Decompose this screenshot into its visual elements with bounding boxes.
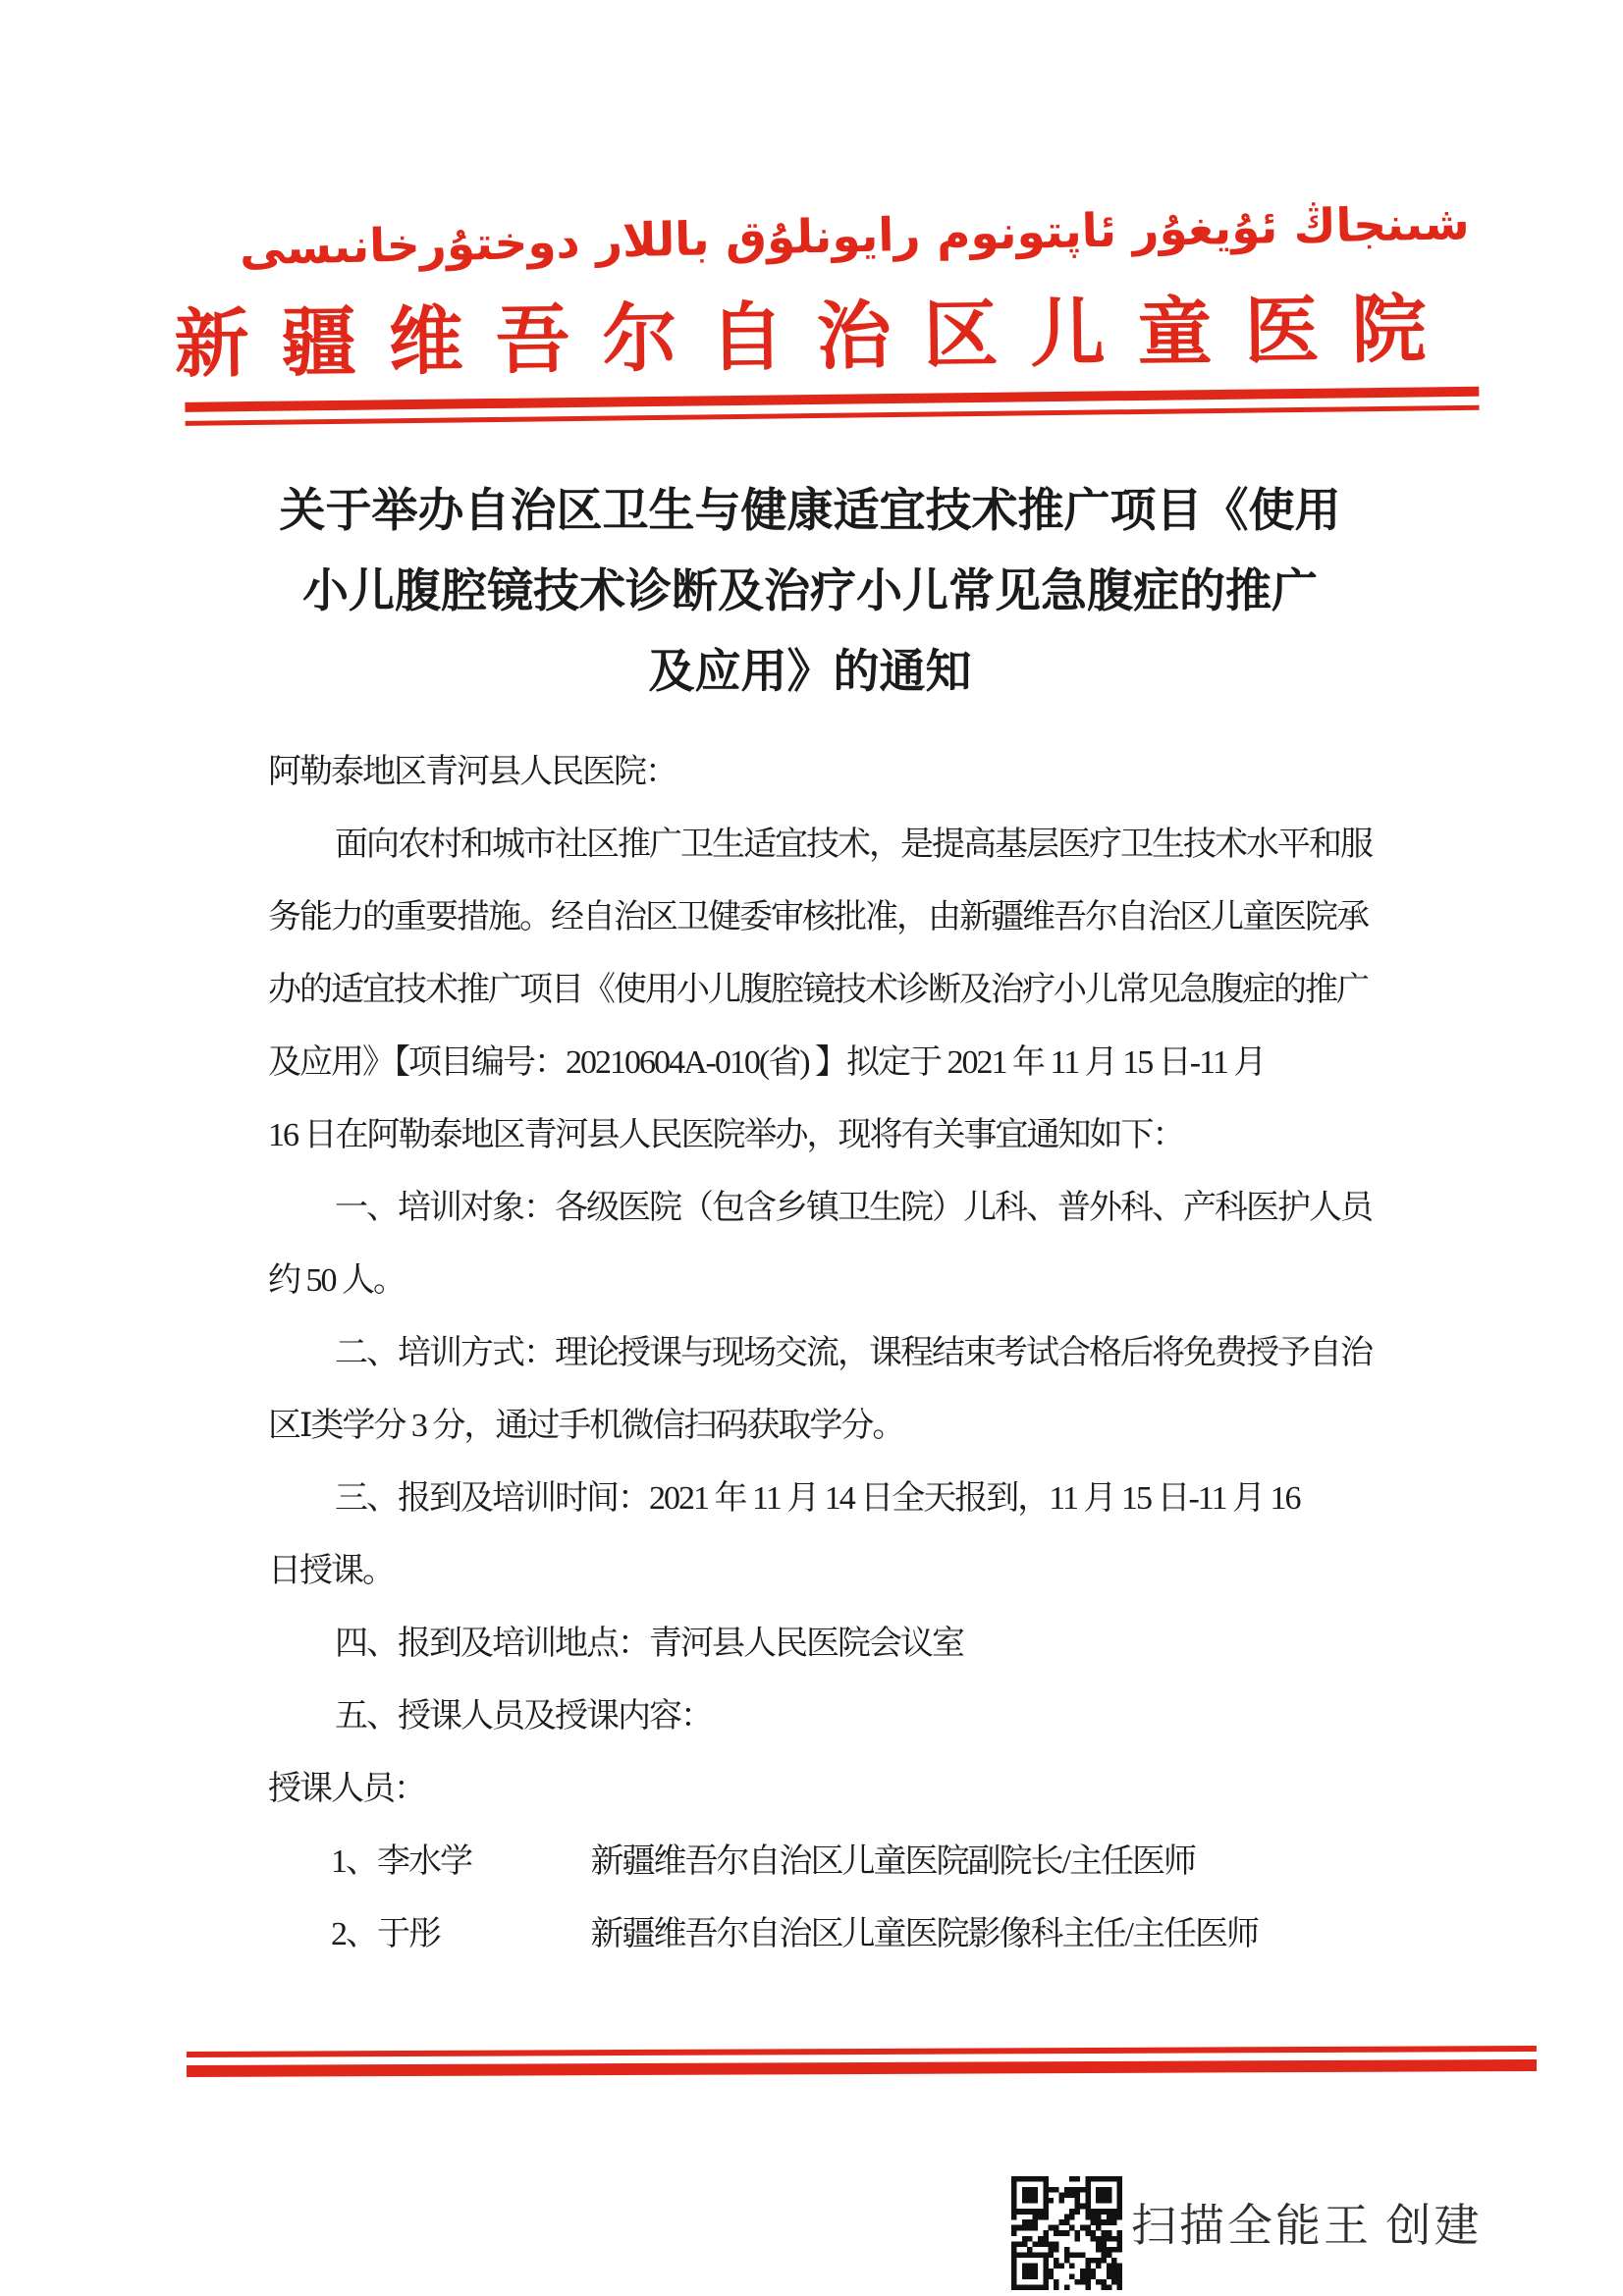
notice-body-lines: 阿勒泰地区青河县人民医院：面向农村和城市社区推广卫生适宜技术，是提高基层医疗卫生… xyxy=(268,736,1436,1826)
lecturer-row: 2、于彤 新疆维吾尔自治区儿童医院影像科主任/主任医师 xyxy=(268,1898,1436,1971)
body-line: 约 50 人。 xyxy=(268,1245,1436,1317)
body-line: 16 日在阿勒泰地区青河县人民医院举办，现将有关事宜通知如下： xyxy=(268,1099,1436,1172)
body-line: 三、报到及培训时间：2021 年 11 月 14 日全天报到，11 月 15 日… xyxy=(268,1463,1436,1535)
qr-code-icon xyxy=(1011,2176,1122,2290)
hospital-name-chinese: 新疆维吾尔自治区儿童医院 xyxy=(148,285,1485,392)
notice-body: 阿勒泰地区青河县人民医院：面向农村和城市社区推广卫生适宜技术，是提高基层医疗卫生… xyxy=(268,736,1436,1971)
lecturer-row: 1、李水学 新疆维吾尔自治区儿童医院副院长/主任医师 xyxy=(268,1826,1436,1898)
lecturer-title: 新疆维吾尔自治区儿童医院影像科主任/主任医师 xyxy=(591,1898,1258,1971)
body-line: 授课人员： xyxy=(268,1753,1436,1826)
lecturer-name: 1、李水学 xyxy=(331,1826,584,1898)
body-line: 面向农村和城市社区推广卫生适宜技术，是提高基层医疗卫生技术水平和服 xyxy=(268,809,1436,881)
body-line: 办的适宜技术推广项目《使用小儿腹腔镜技术诊断及治疗小儿常见急腹症的推广 xyxy=(268,954,1436,1027)
lecturer-list: 1、李水学 新疆维吾尔自治区儿童医院副院长/主任医师 2、于彤 新疆维吾尔自治区… xyxy=(268,1826,1436,1971)
hospital-name-uyghur: شىنجاڭ ئۇيغۇر ئاپتونوم رايونلۇق باللار د… xyxy=(146,175,1484,300)
body-line: 一、培训对象：各级医院（包含乡镇卫生院）儿科、普外科、产科医护人员 xyxy=(268,1172,1436,1245)
footer-rule-thin xyxy=(187,2046,1537,2057)
footer-rule-thick xyxy=(187,2059,1537,2077)
body-line: 及应用》【项目编号：20210604A-010(省) 】拟定于 2021 年 1… xyxy=(268,1027,1436,1099)
body-line: 日授课。 xyxy=(268,1535,1436,1608)
body-line: 务能力的重要措施。经自治区卫健委审核批准，由新疆维吾尔自治区儿童医院承 xyxy=(268,881,1436,954)
footer-rules xyxy=(187,2046,1537,2077)
notice-title-line: 及应用》的通知 xyxy=(157,632,1463,713)
camscanner-watermark: 扫描全能王 创建 xyxy=(1131,2199,1483,2254)
body-line: 四、报到及培训地点：青河县人民医院会议室 xyxy=(268,1608,1436,1681)
body-line: 阿勒泰地区青河县人民医院： xyxy=(268,736,1436,809)
notice-title-line: 小儿腹腔镜技术诊断及治疗小儿常见急腹症的推广 xyxy=(157,552,1463,632)
lecturer-name: 2、于彤 xyxy=(331,1898,584,1971)
notice-title-line: 关于举办自治区卫生与健康适宜技术推广项目《使用 xyxy=(157,471,1463,552)
scanned-notice-page: شىنجاڭ ئۇيغۇر ئاپتونوم رايونلۇق باللار د… xyxy=(0,0,1623,2296)
body-line: 区Ⅰ类学分 3 分，通过手机微信扫码获取学分。 xyxy=(268,1390,1436,1463)
hospital-letterhead: شىنجاڭ ئۇيغۇر ئاپتونوم رايونلۇق باللار د… xyxy=(144,0,1485,426)
notice-title: 关于举办自治区卫生与健康适宜技术推广项目《使用小儿腹腔镜技术诊断及治疗小儿常见急… xyxy=(157,471,1463,713)
lecturer-title: 新疆维吾尔自治区儿童医院副院长/主任医师 xyxy=(591,1826,1195,1898)
body-line: 五、授课人员及授课内容： xyxy=(268,1681,1436,1753)
body-line: 二、培训方式：理论授课与现场交流，课程结束考试合格后将免费授予自治 xyxy=(268,1317,1436,1390)
